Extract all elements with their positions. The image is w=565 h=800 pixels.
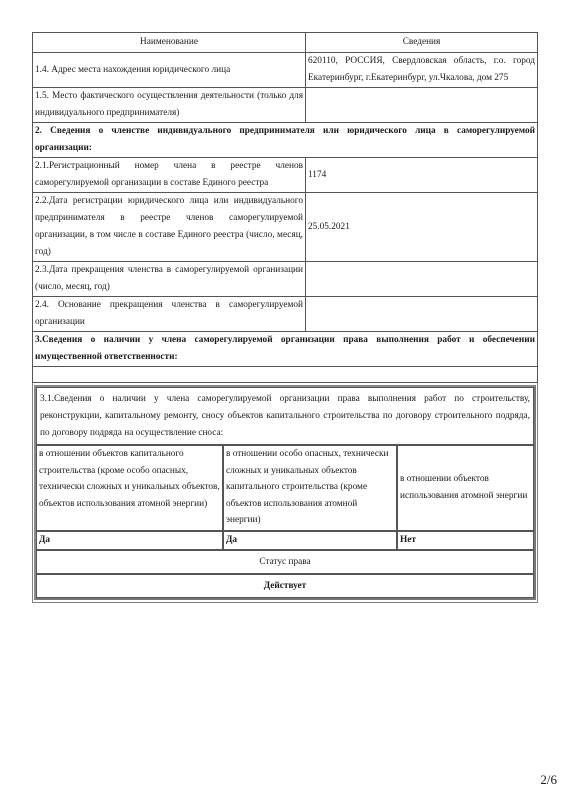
category-atomic-energy: в отношении объектов использования атомн… [397, 445, 534, 531]
table-row: 1.5. Место фактического осуществления де… [33, 88, 538, 123]
status-badge: Действует [36, 574, 534, 598]
table-row: 1.4. Адрес места нахождения юридического… [33, 53, 538, 88]
row-label-termination-reason: 2.4. Основание прекращения членства в са… [33, 297, 306, 332]
row-value-reg-date: 25.05.2021 [306, 193, 538, 262]
row-value-actual-place [306, 88, 538, 123]
status-label-row: Статус права [36, 550, 534, 574]
value-atomic-energy: Нет [397, 531, 534, 550]
section-row: 2. Сведения о членстве индивидуального п… [33, 123, 538, 158]
row-value-termination-reason [306, 297, 538, 332]
nested-wrapper-row: 3.1.Сведения о наличии у члена саморегул… [33, 383, 538, 603]
value-capital-construction: Да [36, 531, 223, 550]
row-label-termination-date: 2.3.Дата прекращения членства в саморегу… [33, 262, 306, 297]
spacer-row [33, 367, 538, 383]
row-value-address: 620110, РОССИЯ, Свердловская область, г.… [306, 53, 538, 88]
row-label-reg-number: 2.1.Регистрационный номер члена в реестр… [33, 158, 306, 193]
row-value-termination-date [306, 262, 538, 297]
header-info-column: Сведения [306, 33, 538, 53]
table-row: 2.3.Дата прекращения членства в саморегу… [33, 262, 538, 297]
values-row: Да Да Нет [36, 531, 534, 550]
header-name-column: Наименование [33, 33, 306, 53]
section-2-title: 2. Сведения о членстве индивидуального п… [33, 123, 538, 158]
section-row: 3.Сведения о наличии у члена саморегулир… [33, 332, 538, 367]
category-capital-construction: в отношении объектов капитального строит… [36, 445, 223, 531]
table-row: 2.1.Регистрационный номер члена в реестр… [33, 158, 538, 193]
row-value-reg-number: 1174 [306, 158, 538, 193]
row-label-actual-place: 1.5. Место фактического осуществления де… [33, 88, 306, 123]
section-3-title: 3.Сведения о наличии у члена саморегулир… [33, 332, 538, 367]
table-row: 2.2.Дата регистрации юридического лица и… [33, 193, 538, 262]
value-dangerous-unique: Да [223, 531, 397, 550]
status-value-row: Действует [36, 574, 534, 598]
empty-cell [33, 367, 538, 383]
row-label-reg-date: 2.2.Дата регистрации юридического лица и… [33, 193, 306, 262]
table-header-row: Наименование Сведения [33, 33, 538, 53]
status-label: Статус права [36, 550, 534, 574]
category-dangerous-unique: в отношении особо опасных, технически сл… [223, 445, 397, 531]
document-page: Наименование Сведения 1.4. Адрес места н… [0, 0, 565, 800]
categories-row: в отношении объектов капитального строит… [36, 445, 534, 531]
nested-wrapper-cell: 3.1.Сведения о наличии у члена саморегул… [33, 383, 538, 603]
page-number: 2/6 [540, 772, 557, 788]
registry-extract-table: Наименование Сведения 1.4. Адрес места н… [32, 32, 538, 603]
subsection-3-1-intro: 3.1.Сведения о наличии у члена саморегул… [36, 387, 534, 445]
row-label-address: 1.4. Адрес места нахождения юридического… [33, 53, 306, 88]
table-row: 2.4. Основание прекращения членства в са… [33, 297, 538, 332]
intro-row: 3.1.Сведения о наличии у члена саморегул… [36, 387, 534, 445]
work-rights-table: 3.1.Сведения о наличии у члена саморегул… [34, 385, 536, 600]
